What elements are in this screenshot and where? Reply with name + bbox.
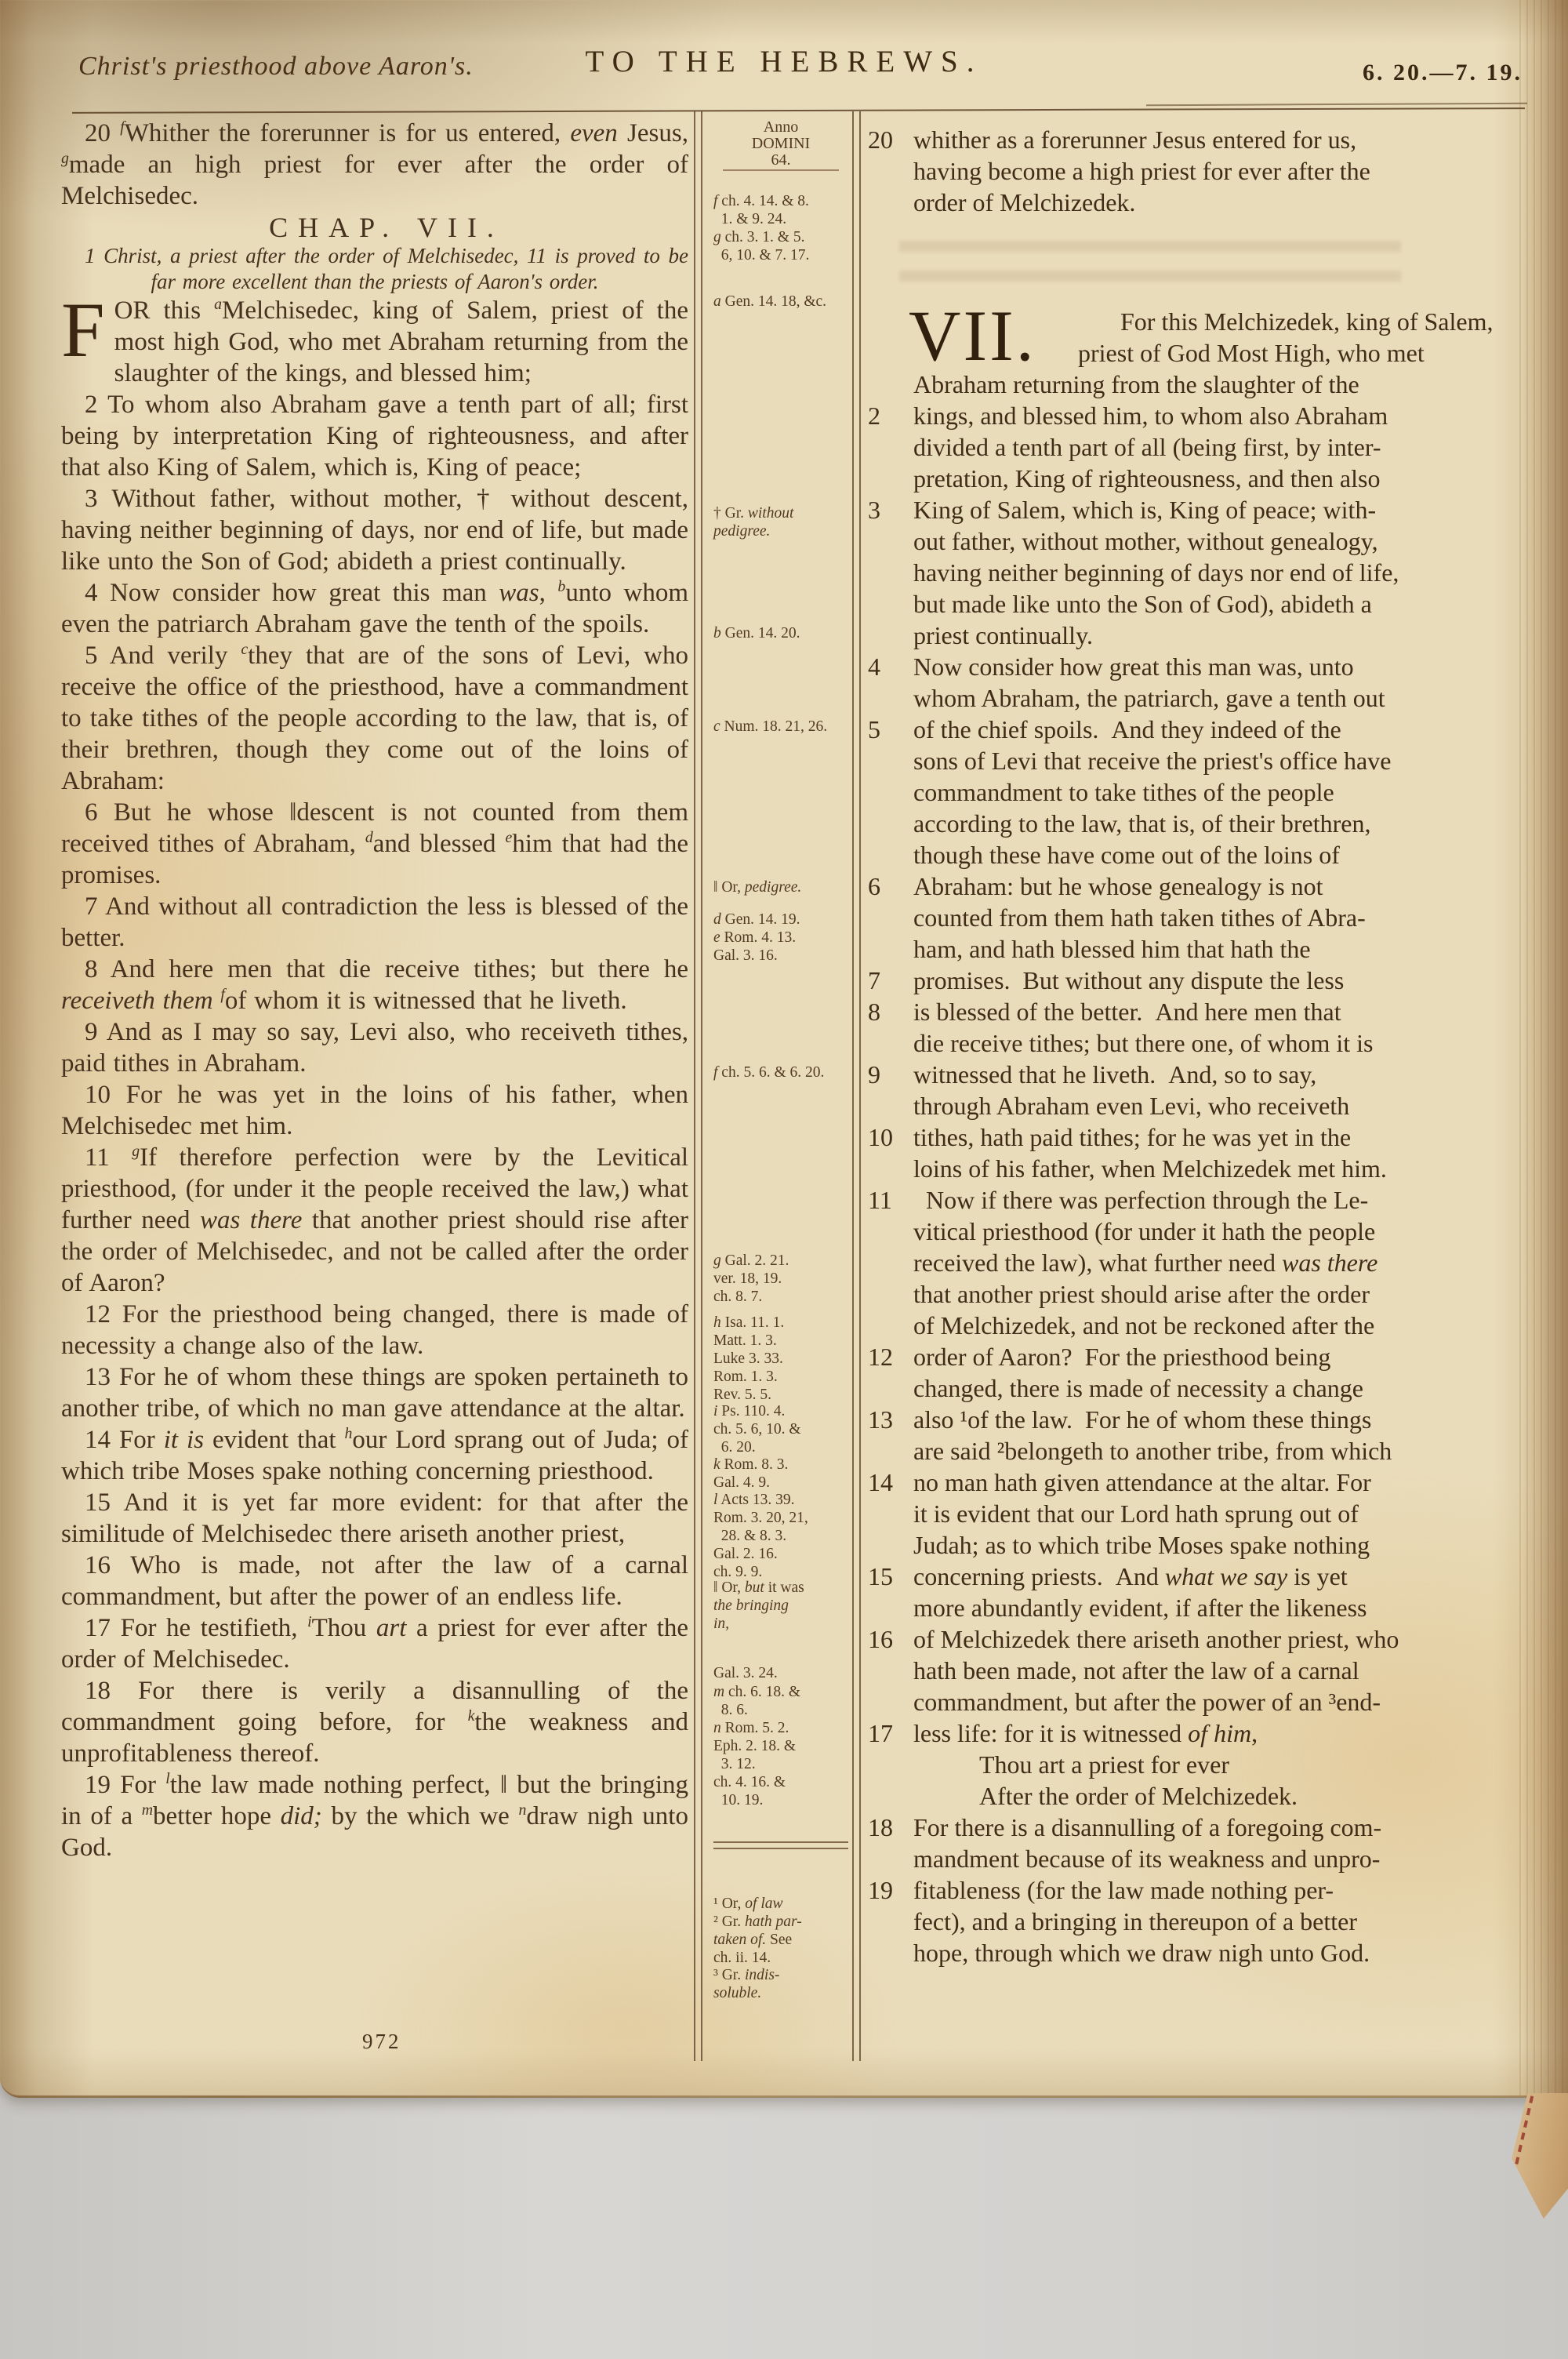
rv-line: 19fitableness (for the law made nothing … — [868, 1874, 1533, 1906]
kjv-column: 20 fWhither the forerunner is for us ent… — [61, 118, 688, 1863]
kjv-verse: 4 Now consider how great this man was, b… — [61, 577, 688, 640]
rv-line: 20whither as a forerunner Jesus entered … — [868, 124, 1533, 155]
rv-line: out father, without mother, without gene… — [868, 525, 1533, 557]
chapter-summary: 1 Christ, a priest after the order of Me… — [61, 243, 688, 295]
margin-note: ‖ Or, but it wasthe bringingin, — [713, 1579, 848, 1633]
verse-number: 10 — [868, 1121, 909, 1153]
margin-note: d Gen. 14. 19. — [713, 911, 848, 929]
rv-line-text: order of Aaron? For the priesthood being — [913, 1343, 1330, 1371]
page-edge-curl — [1519, 0, 1568, 2095]
rv-line-text: promises. But without any dispute the le… — [913, 966, 1344, 994]
rv-line-text: concerning priests. And what we say is y… — [913, 1562, 1348, 1590]
rv-line: 5of the chief spoils. And they indeed of… — [868, 714, 1533, 745]
kjv-verse: 10 For he was yet in the loins of his fa… — [61, 1079, 688, 1142]
rv-line-text: Now consider how great this man was, unt… — [913, 652, 1354, 681]
kjv-verse: 7 And without all contradiction the less… — [61, 891, 688, 954]
kjv-verse: 20 fWhither the forerunner is for us ent… — [61, 118, 688, 212]
kjv-verse: 17 For he testifieth, iThou art a priest… — [61, 1612, 688, 1675]
margin-note: h Isa. 11. 1.Matt. 1. 3.Luke 3. 33.Rom. … — [713, 1314, 848, 1404]
margin-note: l Acts 13. 39.Rom. 3. 20, 21, 28. & 8. 3… — [713, 1491, 848, 1581]
rv-line: ham, and hath blessed him that hath the — [868, 933, 1533, 965]
rv-line: Thou art a priest for ever — [868, 1749, 1533, 1780]
bleed-through-gap — [868, 218, 1533, 306]
rv-line-text: counted from them hath taken tithes of A… — [913, 903, 1366, 932]
rv-line-text: loins of his father, when Melchizedek me… — [913, 1154, 1387, 1183]
rv-line: 17less life: for it is witnessed of him, — [868, 1717, 1533, 1749]
column-divider-right — [852, 111, 861, 2061]
rv-line-text: received the law), what further need was… — [913, 1249, 1377, 1277]
rv-line: though these have come out of the loins … — [868, 839, 1533, 871]
rv-line-text: die receive tithes; but there one, of wh… — [913, 1029, 1374, 1057]
rv-column: VII. 20whither as a forerunner Jesus ent… — [868, 124, 1533, 1968]
verse-number: 19 — [868, 1874, 909, 1906]
page-number: 972 — [362, 2030, 401, 2054]
rv-line: pretation, King of righteousness, and th… — [868, 463, 1533, 494]
rv-line-text: through Abraham even Levi, who receiveth — [913, 1092, 1349, 1120]
rv-line: 18For there is a disannulling of a foreg… — [868, 1812, 1533, 1843]
rv-line-text: kings, and blessed him, to whom also Abr… — [913, 402, 1388, 430]
rv-line-text: Abraham: but he whose genealogy is not — [913, 872, 1323, 900]
rv-line: 9witnessed that he liveth. And, so to sa… — [868, 1059, 1533, 1090]
verse-number: 7 — [868, 965, 909, 996]
torn-page-corner — [1507, 2093, 1568, 2219]
margin-note: g ch. 3. 1. & 5. 6, 10. & 7. 17. — [713, 228, 848, 264]
rv-line: commandment to take tithes of the people — [868, 776, 1533, 808]
rv-line: 10tithes, hath paid tithes; for he was y… — [868, 1121, 1533, 1153]
rv-line-text: hope, through which we draw nigh unto Go… — [913, 1939, 1370, 1967]
header-rule-right — [1146, 103, 1527, 107]
margin-note: b Gen. 14. 20. — [713, 624, 848, 642]
rv-line: 8is blessed of the better. And here men … — [868, 996, 1533, 1027]
verse-number: 9 — [868, 1059, 909, 1090]
kjv-verse: 13 For he of whom these things are spoke… — [61, 1361, 688, 1424]
scanned-bible-page: Christ's priesthood above Aaron's. TO TH… — [0, 0, 1568, 2098]
rv-line-text: King of Salem, which is, King of peace; … — [913, 496, 1376, 524]
rv-line: having become a high priest for ever aft… — [868, 155, 1533, 187]
rv-line: changed, there is made of necessity a ch… — [868, 1372, 1533, 1404]
margin-note: † Gr. withoutpedigree. — [713, 504, 848, 540]
kjv-verse: 14 For it is evident that hour Lord spra… — [61, 1424, 688, 1487]
rv-line: are said ²belongeth to another tribe, fr… — [868, 1435, 1533, 1467]
rv-line: vitical priesthood (for under it hath th… — [868, 1216, 1533, 1247]
rv-line: having neither beginning of days nor end… — [868, 557, 1533, 588]
running-head: Christ's priesthood above Aaron's. — [78, 52, 474, 82]
rv-line-text: of Melchizedek, and not be reckoned afte… — [913, 1311, 1374, 1339]
verse-range: 6. 20.—7. 19. — [1363, 60, 1523, 86]
rv-line-text: priest continually. — [913, 621, 1093, 649]
rv-line-text: fect), and a bringing in thereupon of a … — [913, 1907, 1357, 1936]
kjv-verses: FOR this aMelchisedec, king of Salem, pr… — [61, 295, 688, 1863]
rv-line-text: vitical priesthood (for under it hath th… — [913, 1217, 1375, 1245]
rv-line-text: having become a high priest for ever aft… — [913, 157, 1370, 185]
rv-line-text: more abundantly evident, if after the li… — [913, 1594, 1367, 1622]
rv-line: mandment because of its weakness and unp… — [868, 1843, 1533, 1874]
verse-number: 17 — [868, 1717, 909, 1749]
kjv-verse: FOR this aMelchisedec, king of Salem, pr… — [61, 295, 688, 389]
rv-line: hope, through which we draw nigh unto Go… — [868, 1937, 1533, 1968]
margin-note: m ch. 6. 18. & 8. 6. — [713, 1683, 848, 1719]
rv-line-text: commandment to take tithes of the people — [913, 778, 1334, 806]
verse-number: 16 — [868, 1623, 909, 1655]
kjv-preceding-verses: 20 fWhither the forerunner is for us ent… — [61, 118, 688, 212]
rv-line-text: changed, there is made of necessity a ch… — [913, 1374, 1363, 1402]
margin-note: f ch. 5. 6. & 6. 20. — [713, 1063, 848, 1081]
kjv-verse: 8 And here men that die receive tithes; … — [61, 954, 688, 1016]
rv-lines: 20whither as a forerunner Jesus entered … — [868, 124, 1533, 1968]
rv-line: but made like unto the Son of God), abid… — [868, 588, 1533, 620]
verse-number: 18 — [868, 1812, 909, 1843]
rv-line-text: For there is a disannulling of a foregoi… — [913, 1813, 1381, 1841]
verse-number: 13 — [868, 1404, 909, 1435]
margin-note: a Gen. 14. 18, &c. — [713, 293, 848, 311]
rv-line: 4Now consider how great this man was, un… — [868, 651, 1533, 682]
margin-note: ¹ Or, of law — [713, 1895, 848, 1913]
ink-bleed-ghost — [899, 232, 1401, 293]
kjv-verse: 3 Without father, without mother, † with… — [61, 483, 688, 577]
book-title: TO THE HEBREWS. — [586, 44, 983, 79]
rv-line-text: though these have come out of the loins … — [913, 841, 1340, 869]
kjv-verse: 11 gIf therefore perfection were by the … — [61, 1142, 688, 1299]
kjv-verse: 5 And verily cthey that are of the sons … — [61, 640, 688, 797]
rv-line: that another priest should arise after t… — [868, 1278, 1533, 1310]
rv-line: priest continually. — [868, 620, 1533, 651]
rv-line: order of Melchizedek. — [868, 187, 1533, 218]
rv-line-text: Abraham returning from the slaughter of … — [913, 370, 1359, 398]
rv-line: whom Abraham, the patriarch, gave a tent… — [868, 682, 1533, 714]
rv-line: 7promises. But without any dispute the l… — [868, 965, 1533, 996]
rv-line: 12order of Aaron? For the priesthood bei… — [868, 1341, 1533, 1372]
rv-line-text: it is evident that our Lord hath sprung … — [913, 1499, 1359, 1528]
margin-note: ‖ Or, pedigree. — [713, 878, 848, 896]
verse-number: 12 — [868, 1341, 909, 1372]
rv-line: fect), and a bringing in thereupon of a … — [868, 1906, 1533, 1937]
verse-number: 20 — [868, 124, 909, 155]
rv-line: received the law), what further need was… — [868, 1247, 1533, 1278]
column-divider-left — [694, 111, 702, 2061]
rv-line-text: of the chief spoils. And they indeed of … — [913, 715, 1341, 743]
stitch-marks — [1507, 2095, 1534, 2200]
kjv-verse: 12 For the priesthood being changed, the… — [61, 1299, 688, 1361]
rv-line: For this Melchizedek, king of Salem, — [868, 306, 1533, 337]
rv-line-text: witnessed that he liveth. And, so to say… — [913, 1060, 1316, 1089]
verse-number: 6 — [868, 871, 909, 902]
rv-line: counted from them hath taken tithes of A… — [868, 902, 1533, 933]
kjv-verse: 16 Who is made, not after the law of a c… — [61, 1550, 688, 1612]
rv-line: Abraham returning from the slaughter of … — [868, 369, 1533, 400]
rv-line: Judah; as to which tribe Moses spake not… — [868, 1529, 1533, 1561]
verse-number: 11 — [868, 1184, 909, 1216]
drop-cap: F — [61, 295, 114, 359]
rv-line: After the order of Melchizedek. — [868, 1780, 1533, 1812]
rv-line-text: no man hath given attendance at the alta… — [913, 1468, 1371, 1496]
kjv-verse: 15 And it is yet far more evident: for t… — [61, 1487, 688, 1550]
margin-note: e Rom. 4. 13.Gal. 3. 16. — [713, 929, 848, 965]
rv-line: 13also ¹of the law. For he of whom these… — [868, 1404, 1533, 1435]
rv-line: sons of Levi that receive the priest's o… — [868, 745, 1533, 776]
margin-note: ³ Gr. indis-soluble. — [713, 1966, 848, 2002]
rv-line-text: Thou art a priest for ever — [979, 1750, 1229, 1779]
rv-line-text: according to the law, that is, of their … — [913, 809, 1371, 838]
kjv-verse: 2 To whom also Abraham gave a tenth part… — [61, 389, 688, 483]
rv-line-text: that another priest should arise after t… — [913, 1280, 1370, 1308]
rv-line-text: Judah; as to which tribe Moses spake not… — [913, 1531, 1370, 1559]
margin-reference-column: Anno DOMINI 64. f ch. 4. 14. & 8. 1. & 9… — [712, 118, 850, 2063]
rv-line-text: After the order of Melchizedek. — [979, 1782, 1298, 1810]
rv-line: it is evident that our Lord hath sprung … — [868, 1498, 1533, 1529]
rv-line-text: ham, and hath blessed him that hath the — [913, 935, 1311, 963]
rv-line: 15concerning priests. And what we say is… — [868, 1561, 1533, 1592]
rv-line-text: out father, without mother, without gene… — [913, 527, 1378, 555]
anno-rule — [723, 169, 839, 171]
verse-number: 2 — [868, 400, 909, 431]
rv-line: of Melchizedek, and not be reckoned afte… — [868, 1310, 1533, 1341]
margin-note: Gal. 3. 24. — [713, 1664, 848, 1682]
rv-line-text: whom Abraham, the patriarch, gave a tent… — [913, 684, 1385, 712]
verse-number: 5 — [868, 714, 909, 745]
rv-line: 6Abraham: but he whose genealogy is not — [868, 871, 1533, 902]
rv-line: hath been made, not after the law of a c… — [868, 1655, 1533, 1686]
verse-number: 15 — [868, 1561, 909, 1592]
kjv-verse: 18 For there is verily a disannulling of… — [61, 1675, 688, 1769]
rv-line-text: priest of God Most High, who met — [1078, 339, 1425, 367]
rv-line-text: divided a tenth part of all (being first… — [913, 433, 1381, 461]
rv-line: loins of his father, when Melchizedek me… — [868, 1153, 1533, 1184]
margin-note: g Gal. 2. 21.ver. 18, 19.ch. 8. 7. — [713, 1252, 848, 1306]
margin-note: n Rom. 5. 2.Eph. 2. 18. & 3. 12.ch. 4. 1… — [713, 1719, 848, 1809]
rv-line-text: sons of Levi that receive the priest's o… — [913, 747, 1391, 775]
anno-domini-label: Anno DOMINI 64. — [712, 119, 850, 169]
rv-line: more abundantly evident, if after the li… — [868, 1592, 1533, 1623]
margin-note: i Ps. 110. 4.ch. 5. 6, 10. & 6. 20. — [713, 1402, 848, 1456]
rv-line: 14no man hath given attendance at the al… — [868, 1467, 1533, 1498]
verse-number: 3 — [868, 494, 909, 525]
margin-note: f ch. 4. 14. & 8. 1. & 9. 24. — [713, 192, 848, 228]
rv-line-text: are said ²belongeth to another tribe, fr… — [913, 1437, 1392, 1465]
kjv-verse: 19 For lthe law made nothing perfect, ‖ … — [61, 1769, 688, 1863]
margin-note: c Num. 18. 21, 26. — [713, 718, 848, 736]
rv-line-text: tithes, hath paid tithes; for he was yet… — [913, 1123, 1351, 1151]
rv-line: 16of Melchizedek there ariseth another p… — [868, 1623, 1533, 1655]
rv-line-text: but made like unto the Son of God), abid… — [913, 590, 1372, 618]
rv-line: commandment, but after the power of an ³… — [868, 1686, 1533, 1717]
header-rule — [72, 107, 1525, 114]
rv-line-text: hath been made, not after the law of a c… — [913, 1656, 1359, 1685]
verse-number: 4 — [868, 651, 909, 682]
margin-double-rule — [713, 1841, 848, 1849]
rv-line: through Abraham even Levi, who receiveth — [868, 1090, 1533, 1121]
rv-line-text: is blessed of the better. And here men t… — [913, 998, 1341, 1026]
rv-line-text: fitableness (for the law made nothing pe… — [913, 1876, 1334, 1904]
rv-line: 2kings, and blessed him, to whom also Ab… — [868, 400, 1533, 431]
margin-note: k Rom. 8. 3.Gal. 4. 9. — [713, 1456, 848, 1492]
rv-line-text: whither as a forerunner Jesus entered fo… — [913, 125, 1356, 154]
rv-line-text: less life: for it is witnessed of him, — [913, 1719, 1258, 1747]
rv-line: 3King of Salem, which is, King of peace;… — [868, 494, 1533, 525]
rv-line: priest of God Most High, who met — [868, 337, 1533, 369]
kjv-verse: 9 And as I may so say, Levi also, who re… — [61, 1016, 688, 1079]
rv-line: according to the law, that is, of their … — [868, 808, 1533, 839]
rv-line: 11 Now if there was perfection through t… — [868, 1184, 1533, 1216]
margin-note: ² Gr. hath par-taken of. Seech. ii. 14. — [713, 1913, 848, 1967]
verse-number: 8 — [868, 996, 909, 1027]
rv-line-text: Now if there was perfection through the … — [913, 1186, 1368, 1214]
rv-line-text: For this Melchizedek, king of Salem, — [1120, 307, 1493, 336]
rv-line-text: of Melchizedek there ariseth another pri… — [913, 1625, 1399, 1653]
rv-line: divided a tenth part of all (being first… — [868, 431, 1533, 463]
verse-number: 14 — [868, 1467, 909, 1498]
rv-line-text: also ¹of the law. For he of whom these t… — [913, 1405, 1371, 1434]
rv-line: die receive tithes; but there one, of wh… — [868, 1027, 1533, 1059]
rv-line-text: commandment, but after the power of an ³… — [913, 1688, 1381, 1716]
kjv-verse: 6 But he whose ‖descent is not counted f… — [61, 797, 688, 891]
rv-line-text: mandment because of its weakness and unp… — [913, 1845, 1380, 1873]
rv-line-text: order of Melchizedek. — [913, 188, 1135, 216]
rv-line-text: pretation, King of righteousness, and th… — [913, 464, 1380, 493]
rv-line-text: having neither beginning of days nor end… — [913, 558, 1399, 587]
chapter-heading: CHAP. VII. — [61, 212, 688, 243]
